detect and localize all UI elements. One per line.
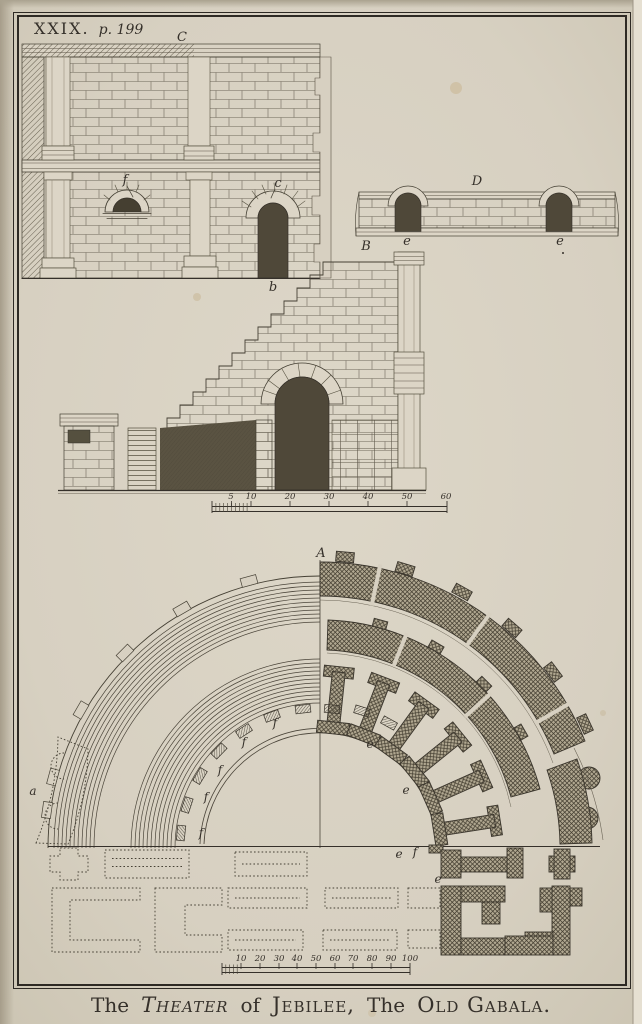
caption-old-gabala: Old Gabala. [417, 993, 551, 1017]
lower-scale-tick: 90 [386, 954, 397, 964]
upper-scale-tick: 20 [284, 492, 296, 502]
dot-mark [562, 252, 564, 254]
lower-scale-tick: 30 [274, 954, 285, 964]
label-plan-e: e [395, 847, 402, 861]
upper-scale-tick: 60 [441, 492, 452, 502]
label-doorway-e-left: e [403, 234, 411, 249]
caption-the-2: The [367, 993, 405, 1017]
label-section-b: B [360, 239, 371, 254]
label-door-b: b [269, 280, 277, 295]
caption-jebilee: Jebilee, [270, 993, 355, 1017]
upper-scale-tick: 50 [402, 492, 413, 502]
engraving-plate: XXIX. p. 199 C [0, 0, 642, 1024]
caption-the-1: The [91, 993, 129, 1017]
plate-ref-roman: XXIX. [34, 19, 90, 38]
lower-scale-tick: 10 [236, 954, 247, 964]
label-plan-e: e [366, 737, 373, 751]
label-door-c: c [274, 176, 282, 191]
plate-ref: XXIX. p. 199 [34, 19, 143, 38]
upper-scale-tick: 5 [228, 492, 233, 502]
label-elevation-d: D [471, 174, 483, 189]
pier-block [256, 420, 272, 490]
label-doorway-e-right: e [556, 234, 564, 249]
upper-scale-tick: 30 [324, 492, 335, 502]
page-right-edge [633, 0, 642, 1024]
lower-scale-tick: 70 [348, 954, 359, 964]
lower-scale-tick: 60 [330, 954, 341, 964]
label-plan-a: A [315, 546, 325, 561]
label-plan-e: e [434, 872, 441, 886]
engraving-plate-page: XXIX. p. 199 C [0, 0, 642, 1024]
upper-scale-tick: 10 [246, 492, 257, 502]
label-niche-a: a [29, 784, 36, 798]
stair-strip [128, 428, 156, 490]
label-plan-e: e [402, 783, 409, 797]
page-left-edge [0, 0, 14, 1024]
lower-scale-tick: 80 [367, 954, 378, 964]
plate-ref-page: p. 199 [99, 22, 144, 38]
plate-caption: The Theater of Jebilee, The Old Gabala. [91, 993, 551, 1017]
page-top-edge [0, 0, 642, 8]
caption-theater: Theater [141, 993, 228, 1017]
label-elevation-c: C [177, 30, 187, 45]
wall-base-blocks [332, 420, 398, 490]
lower-scale-tick: 20 [254, 954, 266, 964]
elevation-c: C [22, 30, 331, 295]
parapet [60, 414, 118, 490]
lower-scale-tick: 50 [311, 954, 322, 964]
lower-scale-tick: 100 [402, 954, 419, 964]
lower-scale-tick: 40 [291, 954, 303, 964]
upper-scale-tick: 40 [362, 492, 374, 502]
caption-of: of [241, 993, 262, 1017]
